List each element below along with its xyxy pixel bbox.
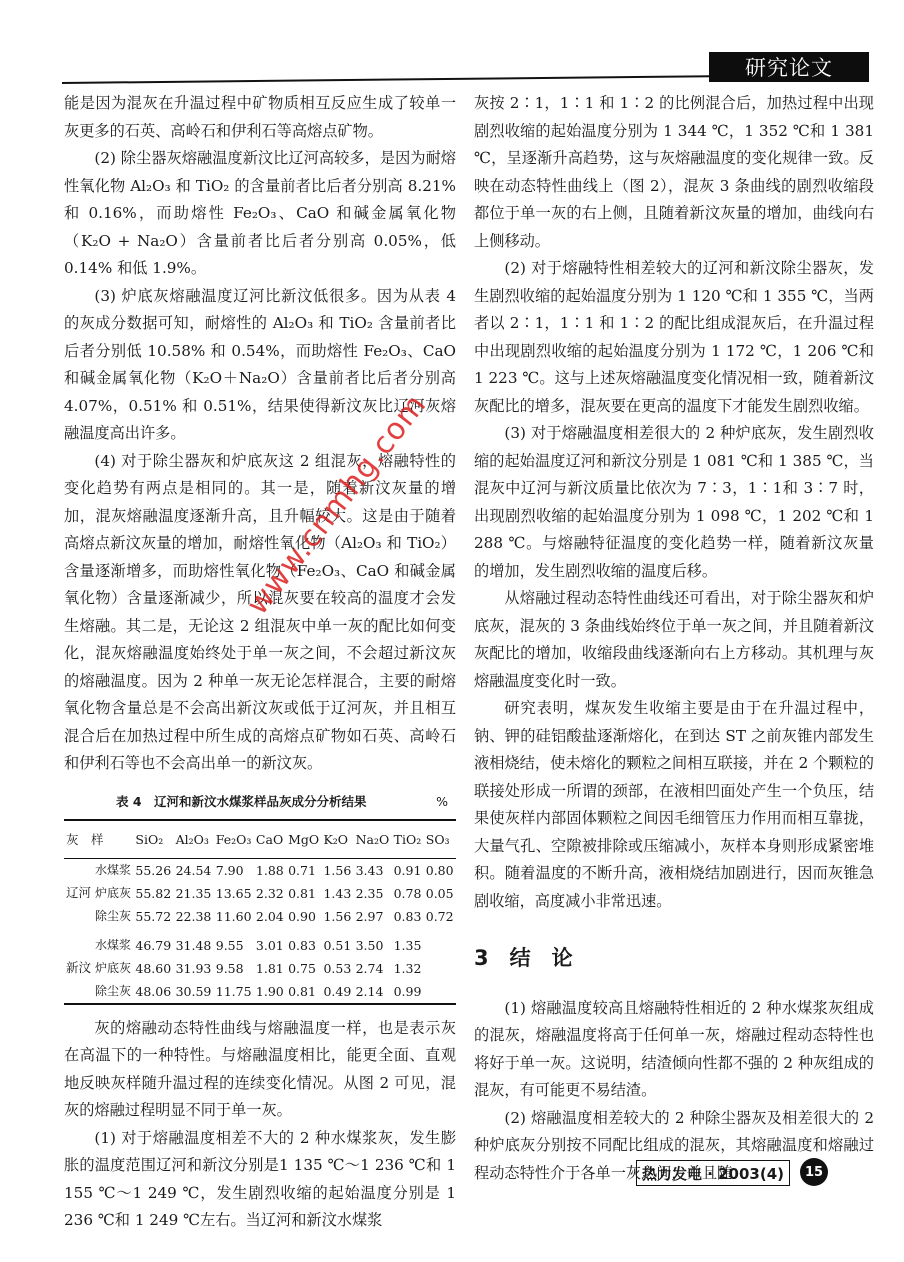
table-row: 炉底灰 48.60 31.93 9.58 1.81 0.75 0.53 2.74… [64,957,456,980]
column-header: CaO [254,820,286,858]
table-cell: 0.81 [286,882,321,905]
table-cell: 24.54 [174,858,214,882]
table-row: 除尘灰 55.72 22.38 11.60 2.04 0.90 1.56 2.9… [64,905,456,928]
table-cell: 3.50 [354,934,392,957]
page-number-badge: 15 [800,1158,828,1186]
table-cell [424,934,456,957]
table-row: 炉底灰 55.82 21.35 13.65 2.32 0.81 1.43 2.3… [64,882,456,905]
column-header: SiO₂ [133,820,173,858]
paragraph: 灰按 2∶1，1∶1 和 1∶2 的比例混合后，加热过程中出现剧烈收缩的起始温度… [474,90,874,255]
journal-footer: 热力发电 · 2003(4) [636,1160,790,1186]
table-cell: 0.83 [392,905,424,928]
table-cell: 0.75 [286,957,321,980]
left-column: 能是因为混灰在升温过程中矿物质相互反应生成了较单一灰更多的石英、高岭石和伊利石等… [64,90,456,1235]
table-cell: 55.26 [133,858,173,882]
sample-label: 除尘灰 [93,980,133,1004]
table-cell: 48.06 [133,980,173,1004]
header-rule [62,75,712,84]
table-title: 表 4 辽河和新汶水煤浆样品灰成分分析结果 [116,788,367,816]
column-header: Al₂O₃ [174,820,214,858]
column-header: TiO₂ [392,820,424,858]
table-cell: 9.55 [214,934,254,957]
group-label: 新汶 [64,934,93,1004]
table-cell: 31.48 [174,934,214,957]
sample-label: 炉底灰 [93,957,133,980]
table-cell: 0.05 [424,882,456,905]
table-header-row: 灰 样 SiO₂ Al₂O₃ Fe₂O₃ CaO MgO K₂O Na₂O Ti… [64,820,456,858]
table-cell [424,980,456,1004]
table-caption: 表 4 辽河和新汶水煤浆样品灰成分分析结果 % [64,788,456,816]
table-cell: 0.81 [286,980,321,1004]
section-heading: 3 结 论 [474,945,874,973]
table-cell: 55.82 [133,882,173,905]
table-cell: 7.90 [214,858,254,882]
table-cell: 1.56 [321,905,353,928]
table-cell: 46.79 [133,934,173,957]
table-cell: 0.90 [286,905,321,928]
column-header: MgO [286,820,321,858]
column-header: K₂O [321,820,353,858]
table-cell: 2.04 [254,905,286,928]
table-cell: 2.74 [354,957,392,980]
sample-label: 炉底灰 [93,882,133,905]
paragraph: 从熔融过程动态特性曲线还可看出，对于除尘器灰和炉底灰，混灰的 3 条曲线始终位于… [474,585,874,695]
table-cell: 2.14 [354,980,392,1004]
table-cell: 1.35 [392,934,424,957]
table-cell: 21.35 [174,882,214,905]
table-cell: 0.91 [392,858,424,882]
sample-label: 除尘灰 [93,905,133,928]
paragraph: (1) 熔融温度较高且熔融特性相近的 2 种水煤浆灰组成的混灰，熔融温度将高于任… [474,995,874,1105]
paragraph: 研究表明，煤灰发生收缩主要是由于在升温过程中，钠、钾的硅铝酸盐逐渐熔化，在到达 … [474,695,874,915]
table-cell: 0.51 [321,934,353,957]
table-cell: 0.71 [286,858,321,882]
table-cell: 30.59 [174,980,214,1004]
table-cell: 1.88 [254,858,286,882]
table-cell: 11.75 [214,980,254,1004]
paragraph: (2) 除尘器灰熔融温度新汶比辽河高较多，是因为耐熔性氧化物 Al₂O₃ 和 T… [64,145,456,283]
paragraph: (2) 对于熔融特性相差较大的辽河和新汶除尘器灰，发生剧烈收缩的起始温度分别为 … [474,255,874,420]
table-cell: 1.56 [321,858,353,882]
column-header: Fe₂O₃ [214,820,254,858]
column-header: Na₂O [354,820,392,858]
table-cell: 0.53 [321,957,353,980]
table-cell: 0.49 [321,980,353,1004]
table-cell: 2.32 [254,882,286,905]
table-cell: 2.35 [354,882,392,905]
paragraph: (3) 对于熔融温度相差很大的 2 种炉底灰，发生剧烈收缩的起始温度辽河和新汶分… [474,420,874,585]
table-row: 除尘灰 48.06 30.59 11.75 1.90 0.81 0.49 2.1… [64,980,456,1004]
paragraph: (1) 对于熔融温度相差不大的 2 种水煤浆灰，发生膨胀的温度范围辽河和新汶分别… [64,1125,456,1235]
table-cell: 1.32 [392,957,424,980]
table-cell: 9.58 [214,957,254,980]
sample-label: 水煤浆 [93,858,133,882]
sample-label: 水煤浆 [93,934,133,957]
table-cell [424,957,456,980]
table-row: 新汶 水煤浆 46.79 31.48 9.55 3.01 0.83 0.51 3… [64,934,456,957]
table-cell: 0.78 [392,882,424,905]
table-cell: 22.38 [174,905,214,928]
column-header: 灰 样 [64,820,133,858]
table-cell: 13.65 [214,882,254,905]
table-cell: 0.72 [424,905,456,928]
table-cell: 31.93 [174,957,214,980]
table-cell: 0.99 [392,980,424,1004]
table-cell: 3.01 [254,934,286,957]
table-cell: 55.72 [133,905,173,928]
table-cell: 0.83 [286,934,321,957]
table-cell: 2.97 [354,905,392,928]
table-cell: 1.90 [254,980,286,1004]
group-label: 辽河 [64,858,93,928]
table-cell: 3.43 [354,858,392,882]
right-column: 灰按 2∶1，1∶1 和 1∶2 的比例混合后，加热过程中出现剧烈收缩的起始温度… [474,90,874,1187]
paragraph: 灰的熔融动态特性曲线与熔融温度一样，也是表示灰在高温下的一种特性。与熔融温度相比… [64,1015,456,1125]
table-unit: % [436,788,448,816]
paragraph: 能是因为混灰在升温过程中矿物质相互反应生成了较单一灰更多的石英、高岭石和伊利石等… [64,90,456,145]
column-header: SO₃ [424,820,456,858]
table-cell: 11.60 [214,905,254,928]
table-cell: 1.81 [254,957,286,980]
table-cell: 1.43 [321,882,353,905]
table-cell: 0.80 [424,858,456,882]
table-row: 辽河 水煤浆 55.26 24.54 7.90 1.88 0.71 1.56 3… [64,858,456,882]
section-tag: 研究论文 [709,52,869,82]
table-cell: 48.60 [133,957,173,980]
ash-composition-table: 灰 样 SiO₂ Al₂O₃ Fe₂O₃ CaO MgO K₂O Na₂O Ti… [64,819,456,1005]
